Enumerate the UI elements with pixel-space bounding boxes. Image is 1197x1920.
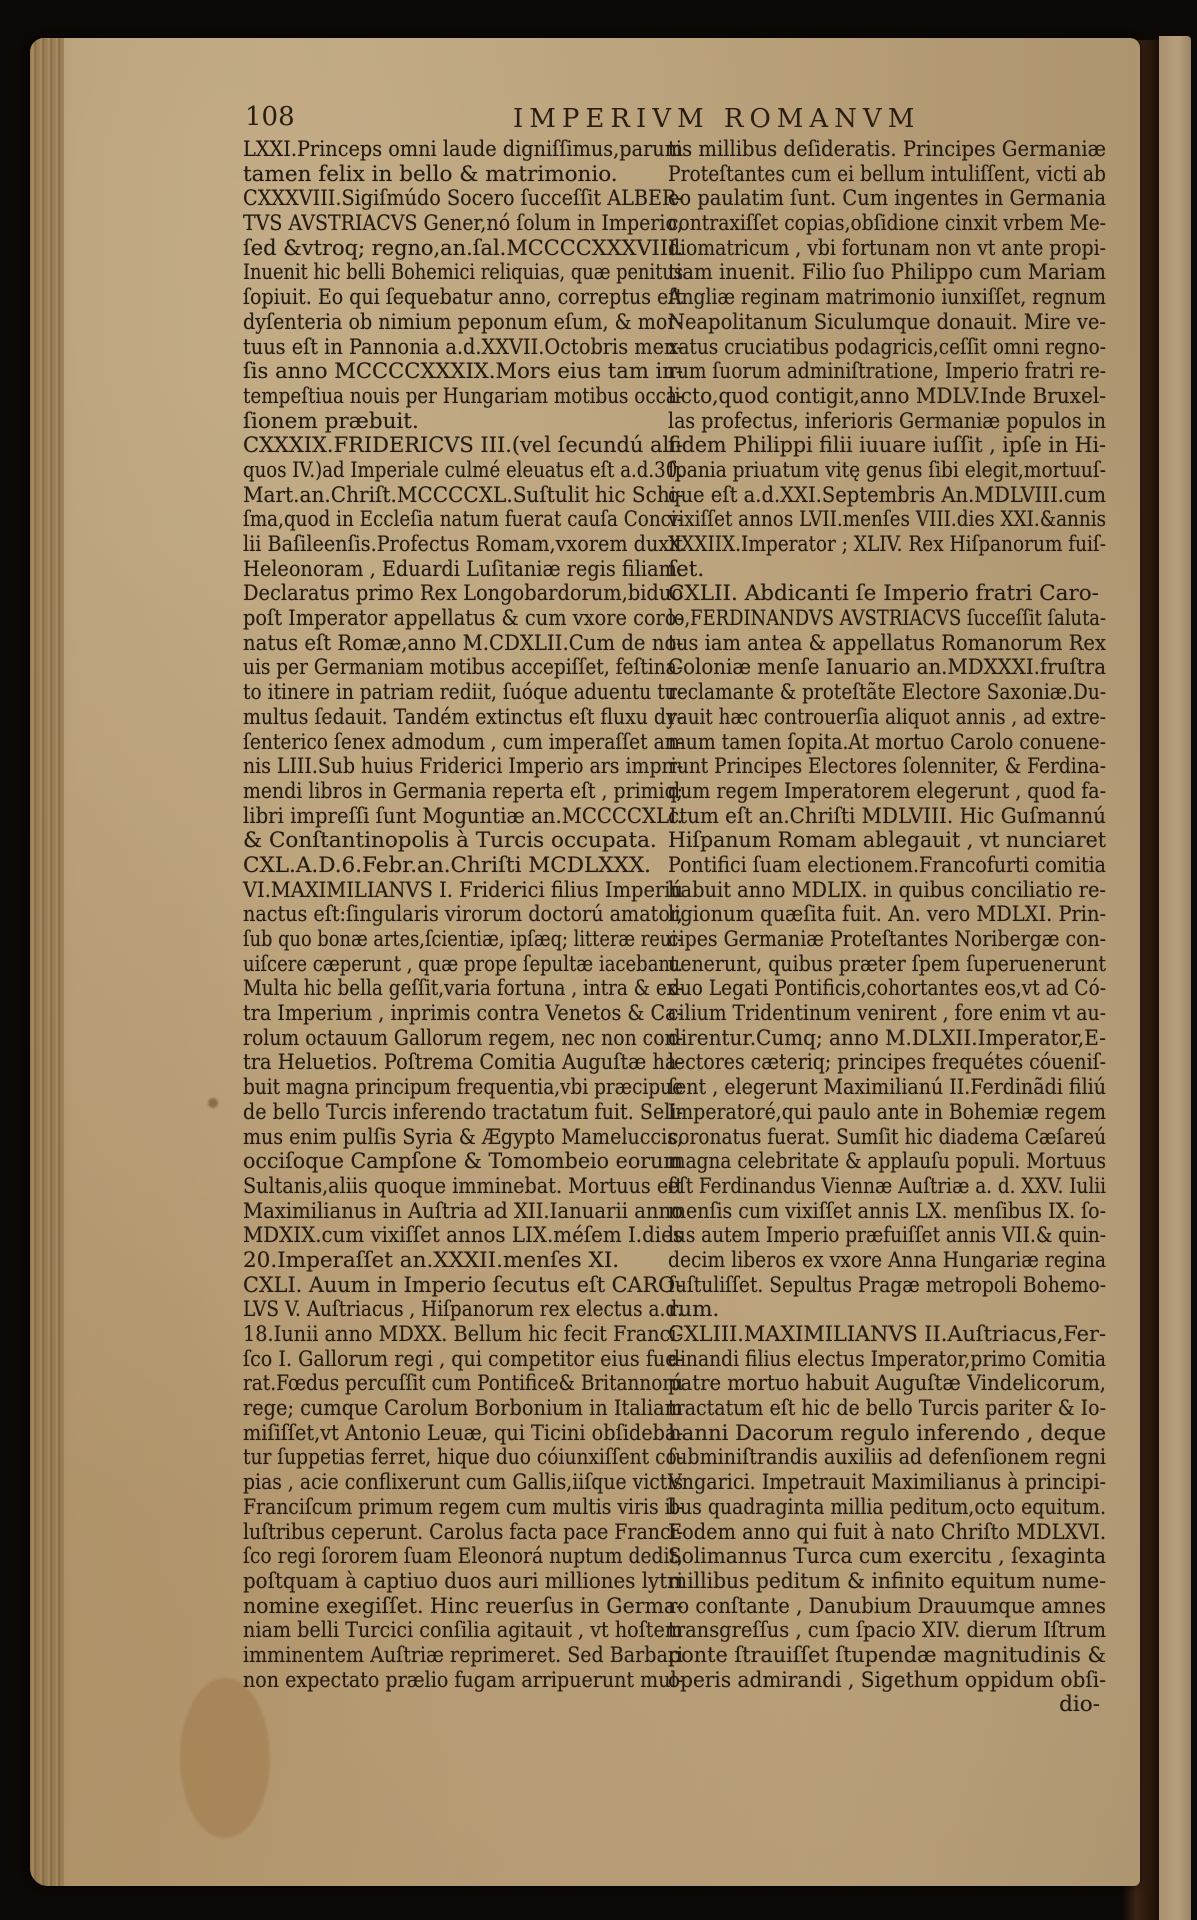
page-header: 108 IMPERIVM ROMANVM [245, 102, 1105, 136]
text-line: eo paulatim ſunt. Cum ingentes in German… [668, 187, 1106, 212]
text-line: licto,quod contigit,anno MDLV.Inde Bruxe… [668, 385, 1106, 410]
text-line: niam belli Turcici conſilia agitauit , v… [243, 1619, 683, 1644]
foxing-stain [180, 1678, 270, 1838]
text-line: Hiſpanum Romam ablegauit , vt nunciaret [668, 829, 1106, 854]
text-line: tra Heluetios. Poſtrema Comitia Auguſtæ … [243, 1051, 683, 1076]
running-title: IMPERIVM ROMANVM [513, 104, 920, 134]
text-line: las profectus, inferioris Germaniæ popul… [668, 410, 1106, 435]
text-line: reclamante & proteſtãte Electore Saxoniæ… [668, 681, 1106, 706]
text-line: cilium Tridentinum venirent , fore enim … [668, 1002, 1106, 1027]
text-line: nactus eſt:ſingularis virorum doctorú am… [243, 903, 683, 928]
text-line: ſenterico ſenex admodum , cum imperaſſet… [243, 731, 683, 756]
text-line: Heleonoram , Eduardi Luſitaniæ regis fil… [243, 558, 683, 583]
text-line: magna celebritate & applauſu populi. Mor… [668, 1150, 1106, 1175]
text-line: habuit anno MDLIX. in quibus conciliatio… [668, 879, 1106, 904]
text-line: lectores cæteriq; principes frequétes có… [668, 1051, 1106, 1076]
text-line: Inuenit hic belli Bohemici reliquias, qu… [243, 261, 683, 286]
text-line: CXLII. Abdicanti ſe Imperio fratri Caro- [668, 582, 1106, 607]
text-line: operis admirandi , Sigethum oppidum obſi… [668, 1669, 1106, 1694]
text-line: ſed &vtroq; regno,an.ſal.MCCCCXXXVIII. [243, 237, 683, 262]
text-line: LVS V. Auſtriacus , Hiſpanorum rex elect… [243, 1298, 683, 1323]
text-line: tur ſuppetias ferret, hique duo cóiunxiſ… [243, 1446, 683, 1471]
text-line: ſopiuit. Eo qui ſequebatur anno, corrept… [243, 286, 683, 311]
text-line: Solimannus Turca cum exercitu , ſexagint… [668, 1545, 1106, 1570]
text-line: hanni Dacorum regulo inferendo , deque [668, 1422, 1106, 1447]
text-line: fidem Philippi filii iuuare iuſſit , ipſ… [668, 434, 1106, 459]
text-line: rege; cumque Carolum Borbonium in Italia… [243, 1397, 683, 1422]
text-line: tus iam antea & appellatus Romanorum Rex [668, 632, 1106, 657]
text-line: patre mortuo habuit Auguſtæ Vindelicorum… [668, 1372, 1106, 1397]
text-line: Mart.an.Chriſt.MCCCCXL.Suſtulit hic Schi… [243, 484, 683, 509]
catchword: dio- [668, 1693, 1106, 1718]
text-line: de bello Turcis inferendo tractatum fuit… [243, 1101, 683, 1126]
text-line: ſub quo bonæ artes,ſcientiæ, ipſæq; litt… [243, 928, 683, 953]
text-line: cipes Germaniæ Proteſtantes Noribergæ co… [668, 928, 1106, 953]
text-line: occiſoque Campſone & Tomombeio eorum [243, 1150, 683, 1175]
text-line: miſiſſet,vt Antonio Leuæ, qui Ticini obſ… [243, 1422, 683, 1447]
text-line: CXXXVIII.Sigiſmúdo Socero ſucceſſit ALBE… [243, 187, 683, 212]
text-line: ro conſtante , Danubium Drauumque amnes [668, 1595, 1106, 1620]
text-line: Vngarici. Impetrauit Maximilianus à prin… [668, 1471, 1106, 1496]
text-line: ctum eſt an.Chriſti MDLVIII. Hic Guſmann… [668, 805, 1106, 830]
text-line: transgreſſus , cum ſpacio XIV. dierum Iſ… [668, 1619, 1106, 1644]
text-line: direntur.Cumq; anno M.DLXII.Imperator,E- [668, 1027, 1106, 1052]
text-line: ſuſtuliſſet. Sepultus Pragæ metropoli Bo… [668, 1274, 1106, 1299]
text-line: ſubminiſtrandis auxiliis ad defenſionem … [668, 1446, 1106, 1471]
text-line: bus quadraginta millia peditum,octo equi… [668, 1496, 1106, 1521]
text-line: ſis anno MCCCCXXXIX.Mors eius tam in- [243, 360, 683, 385]
text-line: decim liberos ex vxore Anna Hungariæ reg… [668, 1249, 1106, 1274]
text-line: Eodem anno qui fuit à nato Chriſto MDLXV… [668, 1521, 1106, 1546]
text-line: imminentem Auſtriæ reprimeret. Sed Barba… [243, 1644, 683, 1669]
text-line: poſt Imperator appellatus & cum vxore co… [243, 607, 683, 632]
text-line: nomine exegiſſet. Hinc reuerſus in Germa… [243, 1595, 683, 1620]
text-line: libri impreſſi ſunt Moguntiæ an.MCCCCXLI… [243, 805, 683, 830]
facing-page-edge [1159, 36, 1191, 1920]
text-line: que eſt a.d.XXI.Septembris An.MDLVIII.cu… [668, 484, 1106, 509]
text-line: tamen felix in bello & matrimonio. [243, 163, 683, 188]
text-line: & Conſtantinopolis à Turcis occupata. [243, 829, 683, 854]
text-line: runt Principes Electores ſolenniter, & F… [668, 755, 1106, 780]
text-line: non expectato prælio fugam arripuerunt m… [243, 1669, 683, 1694]
text-line: tra Imperium , inprimis contra Venetos &… [243, 1002, 683, 1027]
text-line: ſpania priuatum vitę genus ſibi elegit,m… [668, 459, 1106, 484]
text-line: uiſcere cæperunt , quæ prope ſepultæ iac… [243, 953, 683, 978]
text-line: nis LIII.Sub huius Friderici Imperio ars… [243, 755, 683, 780]
text-line: eſt Ferdinandus Viennæ Auſtriæ a. d. XXV… [668, 1175, 1106, 1200]
text-line: dyſenteria ob nimium peponum eſum, & mor… [243, 311, 683, 336]
text-line: uis per Germaniam motibus accepiſſet, fe… [243, 656, 683, 681]
text-line: dum regem Imperatorem elegerunt , quod f… [668, 780, 1106, 805]
text-line: CXLI. Auum in Imperio ſecutus eſt CARO- [243, 1274, 683, 1299]
text-line: quos IV.)ad Imperiale culmé eleuatus eſt… [243, 459, 683, 484]
text-line: rum ſuorum adminiſtratione, Imperio frat… [668, 360, 1106, 385]
text-line: Coloniæ menſe Ianuario an.MDXXXI.fruſtra [668, 656, 1106, 681]
text-line: ſco regi ſororem ſuam Eleonorá nuptum de… [243, 1545, 683, 1570]
text-line: Franciſcum primum regem cum multis viris… [243, 1496, 683, 1521]
text-line: lo,FERDINANDVS AVSTRIACVS ſucceſſit ſalu… [668, 607, 1106, 632]
text-line: Declaratus primo Rex Longobardorum,biduo [243, 582, 683, 607]
text-line: multus ſedauit. Tandém extinctus eſt flu… [243, 706, 683, 731]
text-line: rum. [668, 1298, 1106, 1323]
page-number: 108 [245, 102, 295, 132]
text-line: ſionem præbuit. [243, 410, 683, 435]
text-line: dinandi filius electus Imperator,primo C… [668, 1348, 1106, 1373]
text-line: rolum octauum Gallorum regem, nec non co… [243, 1027, 683, 1052]
text-line: ſco I. Gallorum regi , qui competitor ei… [243, 1348, 683, 1373]
text-line: Multa hic bella geſſit,varia fortuna , i… [243, 977, 683, 1002]
text-line: lii Baſileenſis.Profectus Romam,vxorem d… [243, 533, 683, 558]
text-line: diomatricum , vbi fortunam non vt ante p… [668, 237, 1106, 262]
text-line: ſma,quod in Eccleſia natum fuerat cauſa … [243, 508, 683, 533]
text-line: millibus peditum & infinito equitum nume… [668, 1570, 1106, 1595]
right-text-column: tis millibus deſideratis. Principes Germ… [668, 138, 1106, 1718]
text-line: contraxiſſet copias,obſidione cinxit vrb… [668, 212, 1106, 237]
text-line: 20.Imperaſſet an.XXXII.menſes XI. [243, 1249, 683, 1274]
text-line: mus enim pulſis Syria & Ægypto Mamelucci… [243, 1126, 683, 1151]
text-line: ligionum quæſita fuit. An. vero MDLXI. P… [668, 903, 1106, 928]
text-line: TVS AVSTRIACVS Gener,nó ſolum in Imperio… [243, 212, 683, 237]
text-line: poſtquam à captiuo duos auri milliones l… [243, 1570, 683, 1595]
text-line: Sultanis,aliis quoque imminebat. Mortuus… [243, 1175, 683, 1200]
text-line: CXXXIX.FRIDERICVS III.(vel ſecundú ali- [243, 434, 683, 459]
text-line: Proteſtantes cum ei bellum intuliſſent, … [668, 163, 1106, 188]
page-block-edge [30, 38, 64, 1886]
text-line: MDXIX.cum vixiſſet annos LIX.méſem I.die… [243, 1224, 683, 1249]
ink-spot [208, 1098, 218, 1108]
text-line: mendi libros in Germania reperta eſt , p… [243, 780, 683, 805]
text-line: xatus cruciatibus podagricis,ceſſit omni… [668, 336, 1106, 361]
text-line: natus eſt Romæ,anno M.CDXLII.Cum de no- [243, 632, 683, 657]
text-line: ſet. [668, 558, 1106, 583]
text-line: vixiſſet annos LVII.menſes VIII.dies XXI… [668, 508, 1106, 533]
text-line: mum tamen ſopita.At mortuo Carolo conuen… [668, 731, 1106, 756]
left-text-column: LXXI.Princeps omni laude digniſſimus,par… [243, 138, 683, 1693]
text-line: menſis cum vixiſſet annis LX. menſibus I… [668, 1200, 1106, 1225]
text-line: rat.Fœdus percuſſit cum Pontifice& Brita… [243, 1372, 683, 1397]
text-line: LXXI.Princeps omni laude digniſſimus,par… [243, 138, 683, 163]
text-line: coronatus fuerat. Sumſit hic diadema Cæſ… [668, 1126, 1106, 1151]
text-line: VI.MAXIMILIANVS I. Friderici filius Impe… [243, 879, 683, 904]
text-line: duo Legati Pontificis,cohortantes eos,vt… [668, 977, 1106, 1002]
text-line: buit magna principum frequentia,vbi præc… [243, 1076, 683, 1101]
text-line: Angliæ reginam matrimonio iunxiſſet, reg… [668, 286, 1106, 311]
text-line: tiam inuenit. Filio ſuo Philippo cum Mar… [668, 261, 1106, 286]
text-line: Imperatoré,qui paulo ante in Bohemiæ reg… [668, 1101, 1106, 1126]
text-line: CXLIII.MAXIMILIANVS II.Auſtriacus,Fer- [668, 1323, 1106, 1348]
text-line: XXXIIX.Imperator ; XLIV. Rex Hiſpanorum … [668, 533, 1106, 558]
text-line: ponte ſtrauiſſet ſtupendæ magnitudinis & [668, 1644, 1106, 1669]
text-line: luſtribus ceperunt. Carolus facta pace F… [243, 1521, 683, 1546]
text-line: Maximilianus in Auſtria ad XII.Ianuarii … [243, 1200, 683, 1225]
text-line: tuus eſt in Pannonia a.d.XXVII.Octobris … [243, 336, 683, 361]
text-line: ſent , elegerunt Maximilianú II.Ferdinãd… [668, 1076, 1106, 1101]
text-line: tempeſtiua nouis per Hungariam motibus o… [243, 385, 683, 410]
text-line: uenerunt, quibus præter ſpem ſuperueneru… [668, 953, 1106, 978]
text-line: tis millibus deſideratis. Principes Germ… [668, 138, 1106, 163]
text-line: 18.Iunii anno MDXX. Bellum hic fecit Fra… [243, 1323, 683, 1348]
text-line: Pontifici ſuam electionem.Francofurti co… [668, 854, 1106, 879]
text-line: to itinere in patriam rediit, ſuóque adu… [243, 681, 683, 706]
text-line: rauit hæc controuerſia aliquot annis , a… [668, 706, 1106, 731]
text-line: tractatum eſt hic de bello Turcis parite… [668, 1397, 1106, 1422]
text-line: CXL.A.D.6.Febr.an.Chriſti MCDLXXX. [243, 854, 683, 879]
text-line: Neapolitanum Siculumque donauit. Mire ve… [668, 311, 1106, 336]
text-line: pias , acie conflixerunt cum Gallis,iiſq… [243, 1471, 683, 1496]
text-line: lus autem Imperio præfuiſſet annis VII.&… [668, 1224, 1106, 1249]
